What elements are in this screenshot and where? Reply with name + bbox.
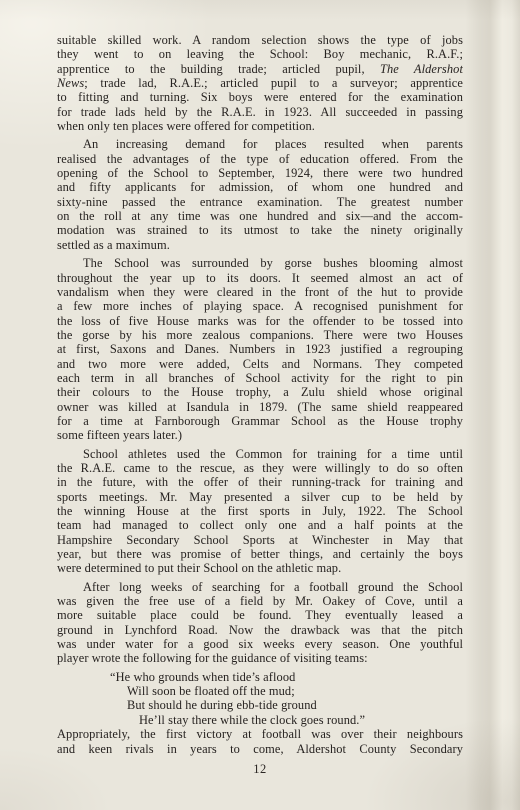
text-segment: each term in all branches of School acti… — [57, 371, 463, 385]
text-line: the gorse by his more zealous companions… — [57, 328, 463, 342]
text-segment: their colours to the House trophy, a Zul… — [57, 385, 463, 399]
text-segment: An increasing demand for places resulted… — [83, 137, 463, 151]
text-line: ground in Lynchford Road. Now the drawba… — [57, 623, 463, 637]
text-block: suitable skilled work. A random selectio… — [57, 33, 463, 760]
italic-text-segment: News — [57, 76, 84, 90]
text-line: was under water for a good six weeks eve… — [57, 637, 463, 651]
text-segment: the winning House at the first sports in… — [57, 504, 463, 518]
text-line: and keen rivals in years to come, Alders… — [57, 742, 463, 756]
text-segment: modation was strained to its utmost to t… — [57, 223, 463, 237]
text-line: the winning House at the first sports in… — [57, 504, 463, 518]
text-segment: for a time at Farnborough Grammar School… — [57, 414, 463, 428]
text-segment: sixty-nine passed the entrance examinati… — [57, 195, 463, 209]
text-line: each term in all branches of School acti… — [57, 371, 463, 385]
text-line: a few more inches of playing space. A re… — [57, 299, 463, 313]
text-line: were determined to put their School on t… — [57, 561, 463, 575]
text-line: opening of the School to September, 1924… — [57, 166, 463, 180]
text-segment: player wrote the following for the guida… — [57, 651, 368, 665]
text-line: the R.A.E. came to the rescue, as they w… — [57, 461, 463, 475]
text-segment: to fitting and turning. Six boys were en… — [57, 90, 463, 104]
verse: “He who grounds when tide’s afloodWill s… — [110, 670, 463, 727]
text-line: vandalism when they were cleared in the … — [57, 285, 463, 299]
text-segment: settled as a maximum. — [57, 238, 170, 252]
text-segment: vandalism when they were cleared in the … — [57, 285, 463, 299]
text-line: The School was surrounded by gorse bushe… — [57, 256, 463, 270]
scanned-page: suitable skilled work. A random selectio… — [0, 0, 520, 810]
text-line: for trade lads held by the R.A.E. in 192… — [57, 105, 463, 119]
text-line: settled as a maximum. — [57, 238, 463, 252]
text-segment: when only ten places were offered for co… — [57, 119, 315, 133]
text-line: for a time at Farnborough Grammar School… — [57, 414, 463, 428]
text-segment: were determined to put their School on t… — [57, 561, 341, 575]
text-line: at first, Saxons and Danes. Numbers in 1… — [57, 342, 463, 356]
text-line: player wrote the following for the guida… — [57, 651, 463, 665]
text-line: suitable skilled work. A random selectio… — [57, 33, 463, 47]
text-line: Hampshire Secondary School Sports at Win… — [57, 533, 463, 547]
text-line: was given the free use of a field by Mr.… — [57, 594, 463, 608]
text-segment: some fifteen years later.) — [57, 428, 182, 442]
paragraph: suitable skilled work. A random selectio… — [57, 33, 463, 133]
text-line: modation was strained to its utmost to t… — [57, 223, 463, 237]
text-line: year, but there was promise of better th… — [57, 547, 463, 561]
text-line: “He who grounds when tide’s aflood — [110, 670, 463, 684]
text-segment: year, but there was promise of better th… — [57, 547, 463, 561]
text-segment: was given the free use of a field by Mr.… — [57, 594, 463, 608]
text-segment: throughout the year up to its doors. It … — [57, 271, 463, 285]
text-segment: a few more inches of playing space. A re… — [57, 299, 463, 313]
text-segment: After long weeks of searching for a foot… — [83, 580, 463, 594]
text-line: Appropriately, the first victory at foot… — [57, 727, 463, 741]
text-segment: The School was surrounded by gorse bushe… — [83, 256, 463, 270]
text-line: News; trade lad, R.A.E.; articled pupil … — [57, 76, 463, 90]
text-line: their colours to the House trophy, a Zul… — [57, 385, 463, 399]
text-segment: in the future, with the offer of their r… — [57, 475, 463, 489]
text-line: Will soon be floated off the mud; — [127, 684, 463, 698]
text-segment: and keen rivals in years to come, Alders… — [57, 742, 463, 756]
text-segment: for trade lads held by the R.A.E. in 192… — [57, 105, 463, 119]
paragraph: The School was surrounded by gorse bushe… — [57, 256, 463, 442]
text-segment: opening of the School to September, 1924… — [57, 166, 463, 180]
text-line: in the future, with the offer of their r… — [57, 475, 463, 489]
text-line: realised the advantages of the type of e… — [57, 152, 463, 166]
text-line: they went to on leaving the School: Boy … — [57, 47, 463, 61]
text-segment: and two more were added, Celts and Norma… — [57, 357, 463, 371]
text-segment: ground in Lynchford Road. Now the drawba… — [57, 623, 463, 637]
text-segment: at first, Saxons and Danes. Numbers in 1… — [57, 342, 463, 356]
text-segment: the R.A.E. came to the rescue, as they w… — [57, 461, 463, 475]
page-number: 12 — [0, 762, 520, 777]
text-line: sports meetings. Mr. May presented a sil… — [57, 490, 463, 504]
text-line: throughout the year up to its doors. It … — [57, 271, 463, 285]
paragraph: Appropriately, the first victory at foot… — [57, 727, 463, 756]
text-line: team had managed to collect only one and… — [57, 518, 463, 532]
text-line: and fifty applicants for admission, of w… — [57, 180, 463, 194]
text-line: An increasing demand for places resulted… — [57, 137, 463, 151]
paragraph: After long weeks of searching for a foot… — [57, 580, 463, 666]
paragraph: School athletes used the Common for trai… — [57, 447, 463, 576]
text-line: some fifteen years later.) — [57, 428, 463, 442]
text-line: and two more were added, Celts and Norma… — [57, 357, 463, 371]
text-line: the loss of five House marks was for the… — [57, 314, 463, 328]
text-segment: was under water for a good six weeks eve… — [57, 637, 463, 651]
text-segment: team had managed to collect only one and… — [57, 518, 463, 532]
text-segment: the loss of five House marks was for the… — [57, 314, 463, 328]
text-segment: sports meetings. Mr. May presented a sil… — [57, 490, 463, 504]
text-segment: owner was killed at Isandula in 1879. (T… — [57, 400, 463, 414]
text-line: sixty-nine passed the entrance examinati… — [57, 195, 463, 209]
text-segment: “He who grounds when tide’s aflood — [110, 670, 295, 684]
text-segment: He’ll stay there while the clock goes ro… — [139, 713, 365, 727]
text-segment: Appropriately, the first victory at foot… — [57, 727, 463, 741]
text-segment: suitable skilled work. A random selectio… — [57, 33, 463, 47]
paragraph: An increasing demand for places resulted… — [57, 137, 463, 252]
text-segment: on the roll at any time was one hundred … — [57, 209, 463, 223]
text-line: owner was killed at Isandula in 1879. (T… — [57, 400, 463, 414]
text-segment: Will soon be floated off the mud; — [127, 684, 295, 698]
text-line: to fitting and turning. Six boys were en… — [57, 90, 463, 104]
text-segment: realised the advantages of the type of e… — [57, 152, 463, 166]
text-line: After long weeks of searching for a foot… — [57, 580, 463, 594]
text-line: more suitable place could be found. They… — [57, 608, 463, 622]
text-line: School athletes used the Common for trai… — [57, 447, 463, 461]
text-segment: more suitable place could be found. They… — [57, 608, 463, 622]
text-segment: Hampshire Secondary School Sports at Win… — [57, 533, 463, 547]
text-line: on the roll at any time was one hundred … — [57, 209, 463, 223]
italic-text-segment: The Aldershot — [380, 62, 463, 76]
text-segment: apprentice to the building trade; articl… — [57, 62, 380, 76]
text-line: But should he during ebb-tide ground — [127, 698, 463, 712]
text-segment: School athletes used the Common for trai… — [83, 447, 463, 461]
text-segment: they went to on leaving the School: Boy … — [57, 47, 463, 61]
text-segment: the gorse by his more zealous companions… — [57, 328, 463, 342]
text-line: apprentice to the building trade; articl… — [57, 62, 463, 76]
text-segment: and fifty applicants for admission, of w… — [57, 180, 463, 194]
text-line: He’ll stay there while the clock goes ro… — [139, 713, 463, 727]
text-line: when only ten places were offered for co… — [57, 119, 463, 133]
text-segment: ; trade lad, R.A.E.; articled pupil to a… — [84, 76, 463, 90]
text-segment: But should he during ebb-tide ground — [127, 698, 317, 712]
